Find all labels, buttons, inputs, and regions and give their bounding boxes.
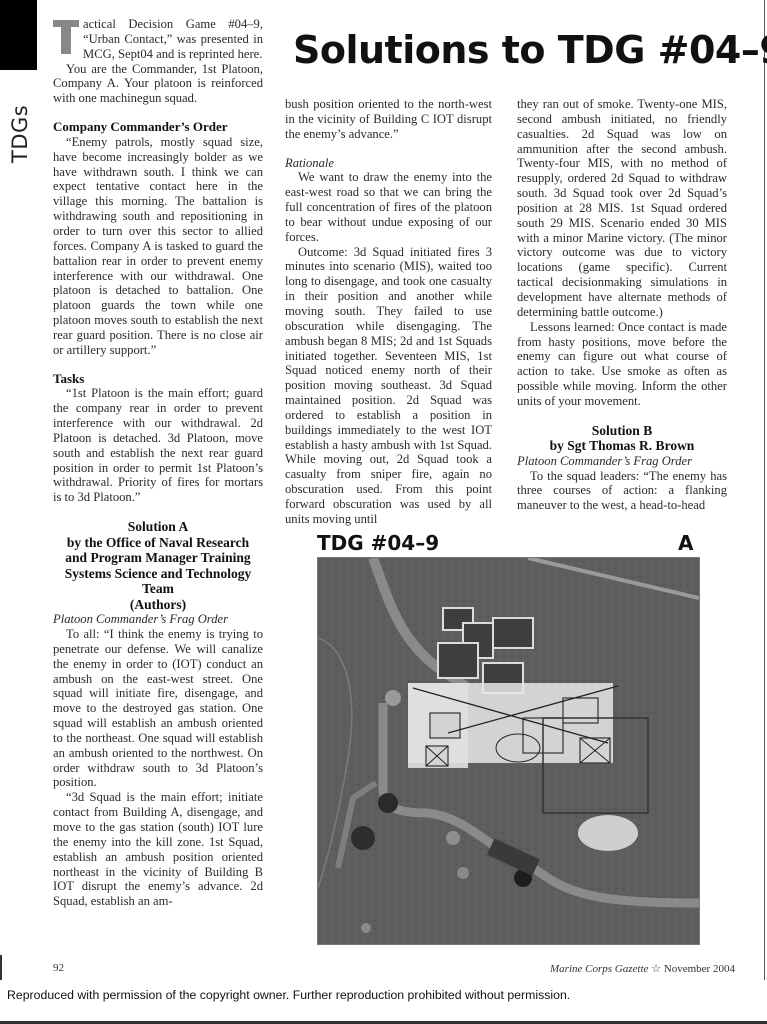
publication-footer: Marine Corps Gazette ☆ November 2004 bbox=[550, 962, 735, 975]
page-title: Solutions to TDG #04–9 bbox=[293, 28, 767, 72]
outcome-text-continued: they ran out of smoke. Twenty-one MIS, s… bbox=[517, 97, 727, 320]
column-2: bush position oriented to the north-west… bbox=[285, 97, 492, 527]
solution-b-subheading: Platoon Commander’s Frag Order bbox=[517, 454, 727, 469]
solution-b-heading: Solution B bbox=[517, 423, 727, 439]
solution-a-byline-4: Team bbox=[53, 581, 263, 597]
solution-b-byline: by Sgt Thomas R. Brown bbox=[517, 438, 727, 454]
lessons-learned: Lessons learned: Once contact is made fr… bbox=[517, 320, 727, 409]
figure-title: TDG #04–9 bbox=[317, 531, 439, 555]
rationale-heading: Rationale bbox=[285, 156, 492, 171]
company-order-text: “Enemy patrols, mostly squad size, have … bbox=[53, 135, 263, 358]
publication-name: Marine Corps Gazette bbox=[550, 963, 648, 975]
tasks-text: “1st Platoon is the main effort; guard t… bbox=[53, 386, 263, 505]
dropcap-letter bbox=[53, 20, 79, 54]
publication-date: November 2004 bbox=[664, 963, 735, 975]
column-1: actical Decision Game #04–9, “Urban Cont… bbox=[53, 17, 263, 909]
company-order-heading: Company Commander’s Order bbox=[53, 120, 263, 135]
aerial-map-image bbox=[317, 557, 700, 945]
solution-a-byline-2: and Program Manager Training bbox=[53, 550, 263, 566]
solution-a-byline-3: Systems Science and Technology bbox=[53, 566, 263, 582]
figure-label: A bbox=[678, 531, 693, 555]
solution-a-byline-5: (Authors) bbox=[53, 597, 263, 613]
solution-a-byline-1: by the Office of Naval Research bbox=[53, 535, 263, 551]
section-tab-block bbox=[0, 0, 37, 70]
intro-paragraph: actical Decision Game #04–9, “Urban Cont… bbox=[53, 17, 263, 62]
page-edge-mark bbox=[0, 955, 2, 980]
solution-a-paragraph-2: “3d Squad is the main effort; initiate c… bbox=[53, 790, 263, 909]
solution-a-heading: Solution A bbox=[53, 519, 263, 535]
outcome-text: Outcome: 3d Squad initiated fires 3 minu… bbox=[285, 245, 492, 527]
page-edge-rule bbox=[764, 0, 765, 980]
map-graphic bbox=[318, 558, 699, 944]
rationale-text: We want to draw the enemy into the east-… bbox=[285, 170, 492, 244]
intro: actical Decision Game #04–9, “Urban Cont… bbox=[53, 17, 263, 106]
solution-a-paragraph-2-continued: bush position oriented to the north-west… bbox=[285, 97, 492, 142]
copyright-notice: Reproduced with permission of the copyri… bbox=[7, 988, 570, 1002]
intro-paragraph-2: You are the Commander, 1st Platoon, Comp… bbox=[53, 62, 263, 107]
solution-b-paragraph-1: To the squad leaders: “The enemy has thr… bbox=[517, 469, 727, 514]
page-number: 92 bbox=[53, 962, 64, 974]
solution-a-paragraph-1: To all: “I think the enemy is trying to … bbox=[53, 627, 263, 790]
column-3: they ran out of smoke. Twenty-one MIS, s… bbox=[517, 97, 727, 513]
solution-a-subheading: Platoon Commander’s Frag Order bbox=[53, 612, 263, 627]
section-tab-label: TDGs bbox=[6, 95, 36, 165]
tasks-heading: Tasks bbox=[53, 372, 263, 387]
star-icon: ☆ bbox=[651, 963, 661, 975]
